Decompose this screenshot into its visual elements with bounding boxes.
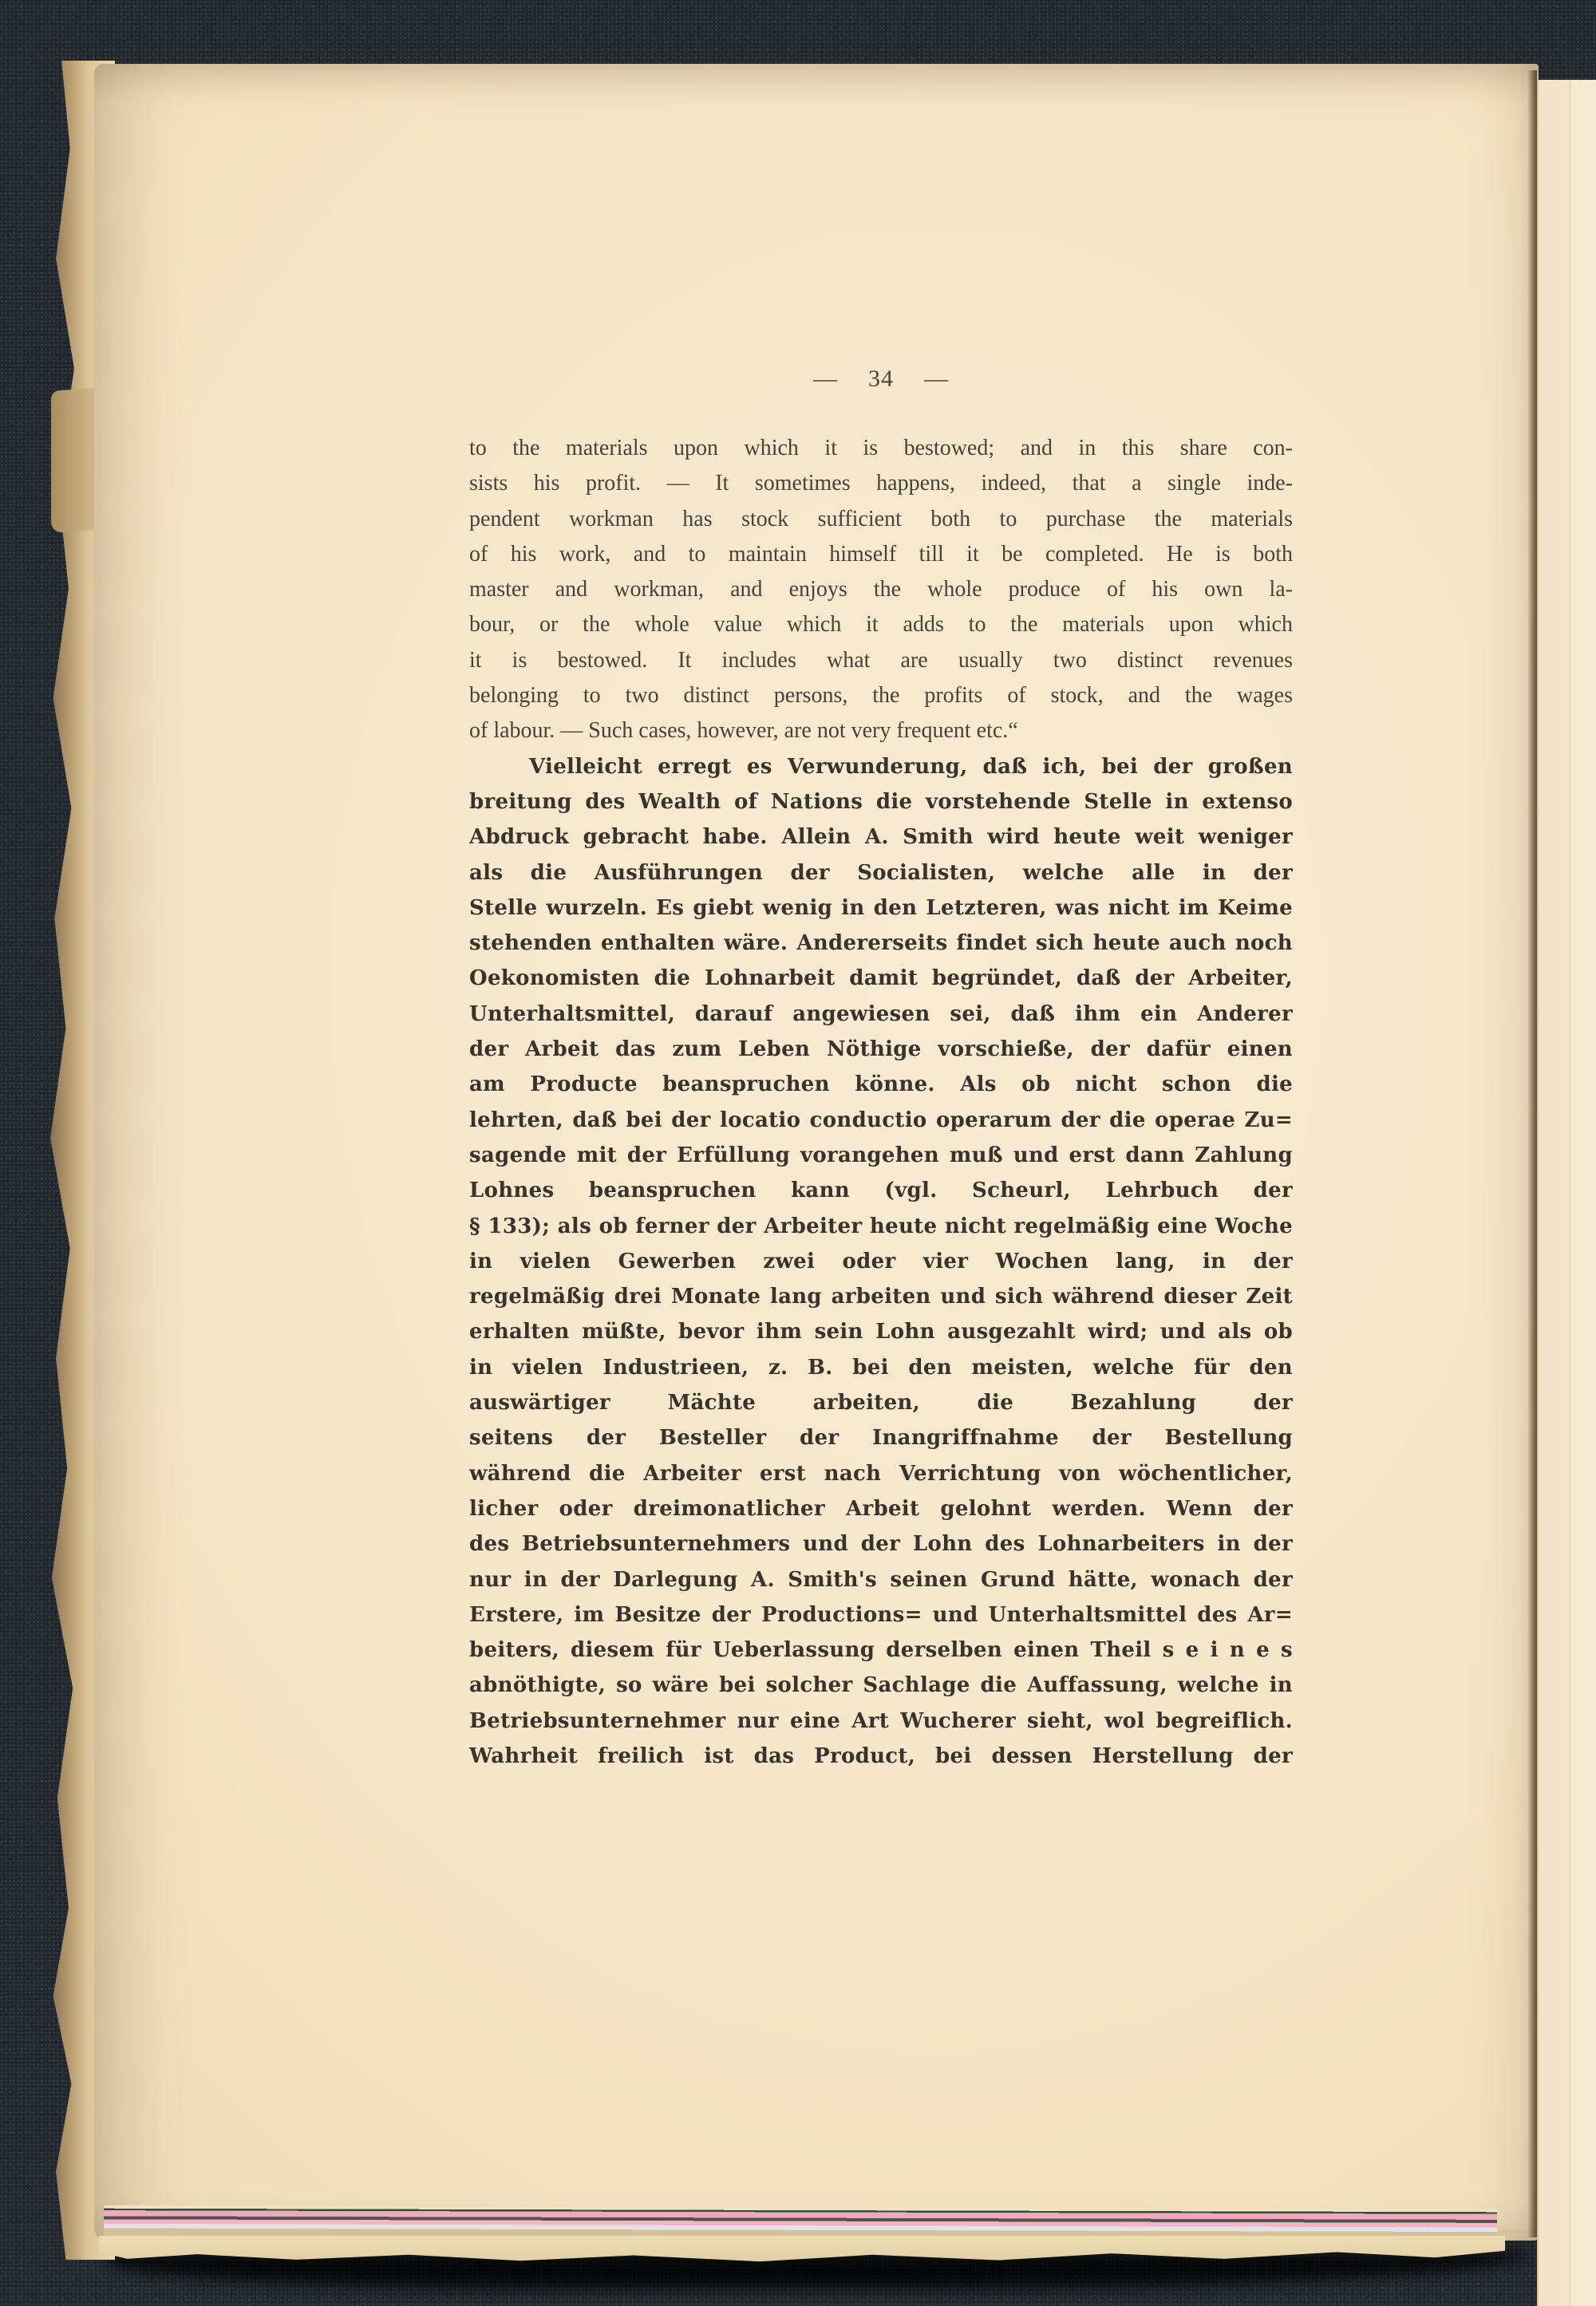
colored-page-edge-lines xyxy=(104,2205,1497,2241)
page-number-dash-left: — xyxy=(813,365,838,393)
german-line: § 133); als ob ferner der Arbeiter heute… xyxy=(469,1209,1293,1244)
english-line: of his work, and to maintain himself til… xyxy=(469,537,1293,572)
german-line: Stelle wurzeln. Es giebt wenig in den Le… xyxy=(469,890,1293,926)
page-number: — 34 — xyxy=(469,361,1293,397)
english-line: belonging to two distinct persons, the p… xyxy=(469,678,1293,713)
page-number-value: 34 xyxy=(868,365,894,393)
german-line: sagende mit der Erfüllung vorangehen muß… xyxy=(469,1138,1293,1173)
german-line: Wahrheit freilich ist das Product, bei d… xyxy=(469,1739,1293,1774)
english-line: sists his profit. — It sometimes happens… xyxy=(469,466,1293,501)
english-line: pendent workman has stock sufficient bot… xyxy=(469,502,1293,537)
german-line: seitens der Besteller der Inangriffnahme… xyxy=(469,1420,1293,1455)
german-line: während die Arbeiter erst nach Verrichtu… xyxy=(469,1456,1293,1491)
german-line: erhalten müßte, bevor ihm sein Lohn ausg… xyxy=(469,1314,1293,1349)
german-line: licher oder dreimonatlicher Arbeit geloh… xyxy=(469,1491,1293,1526)
german-line: nur in der Darlegung A. Smith's seinen G… xyxy=(469,1562,1293,1597)
english-line: to the materials upon which it is bestow… xyxy=(469,431,1293,466)
english-line: it is bestowed. It includes what are usu… xyxy=(469,643,1293,678)
german-line: beiters, diesem für Ueberlassung derselb… xyxy=(469,1633,1293,1668)
german-line: breitung des Wealth of Nations die vorst… xyxy=(469,784,1293,819)
german-line: Vielleicht erregt es Verwunderung, daß i… xyxy=(469,749,1293,784)
german-line: regelmäßig drei Monate lang arbeiten und… xyxy=(469,1279,1293,1314)
german-line: auswärtiger Mächte arbeiten, die Bezahlu… xyxy=(469,1385,1293,1420)
german-line: stehenden enthalten wäre. Andererseits f… xyxy=(469,926,1293,961)
german-line: abnöthigte, so wäre bei solcher Sachlage… xyxy=(469,1668,1293,1703)
german-line: des Betriebsunternehmers und der Lohn de… xyxy=(469,1526,1293,1562)
adjacent-page-edge xyxy=(1537,80,1596,2306)
german-line: in vielen Industrieen, z. B. bei den mei… xyxy=(469,1350,1293,1385)
book-scan: — 34 — to the materials upon which it is… xyxy=(0,0,1596,2306)
german-line: Lohnes beanspruchen kann (vgl. Scheurl, … xyxy=(469,1173,1293,1208)
german-line: Oekonomisten die Lohnarbeit damit begrün… xyxy=(469,961,1293,996)
english-line: master and workman, and enjoys the whole… xyxy=(469,572,1293,607)
text-lines: to the materials upon which it is bestow… xyxy=(469,431,1293,1774)
page-number-dash-right: — xyxy=(924,365,949,393)
german-line: Unterhaltsmittel, darauf angewiesen sei,… xyxy=(469,997,1293,1032)
german-line: Betriebsunternehmer nur eine Art Wuchere… xyxy=(469,1704,1293,1739)
german-line: der Arbeit das zum Leben Nöthige vorschi… xyxy=(469,1032,1293,1067)
english-line: of labour. — Such cases, however, are no… xyxy=(469,713,1293,748)
gutter-fold-shadow xyxy=(1527,70,1537,2237)
german-line: lehrten, daß bei der locatio conductio o… xyxy=(469,1103,1293,1138)
german-line: Abdruck gebracht habe. Allein A. Smith w… xyxy=(469,819,1293,855)
english-line: bour, or the whole value which it adds t… xyxy=(469,607,1293,642)
german-line: als die Ausführungen der Socialisten, we… xyxy=(469,855,1293,890)
page-text: — 34 — to the materials upon which it is… xyxy=(469,361,1293,1774)
torn-paper-tab xyxy=(51,388,97,533)
german-line: am Producte beanspruchen könne. Als ob n… xyxy=(469,1067,1293,1102)
german-line: in vielen Gewerben zwei oder vier Wochen… xyxy=(469,1244,1293,1279)
german-line: Erstere, im Besitze der Productions= und… xyxy=(469,1597,1293,1633)
